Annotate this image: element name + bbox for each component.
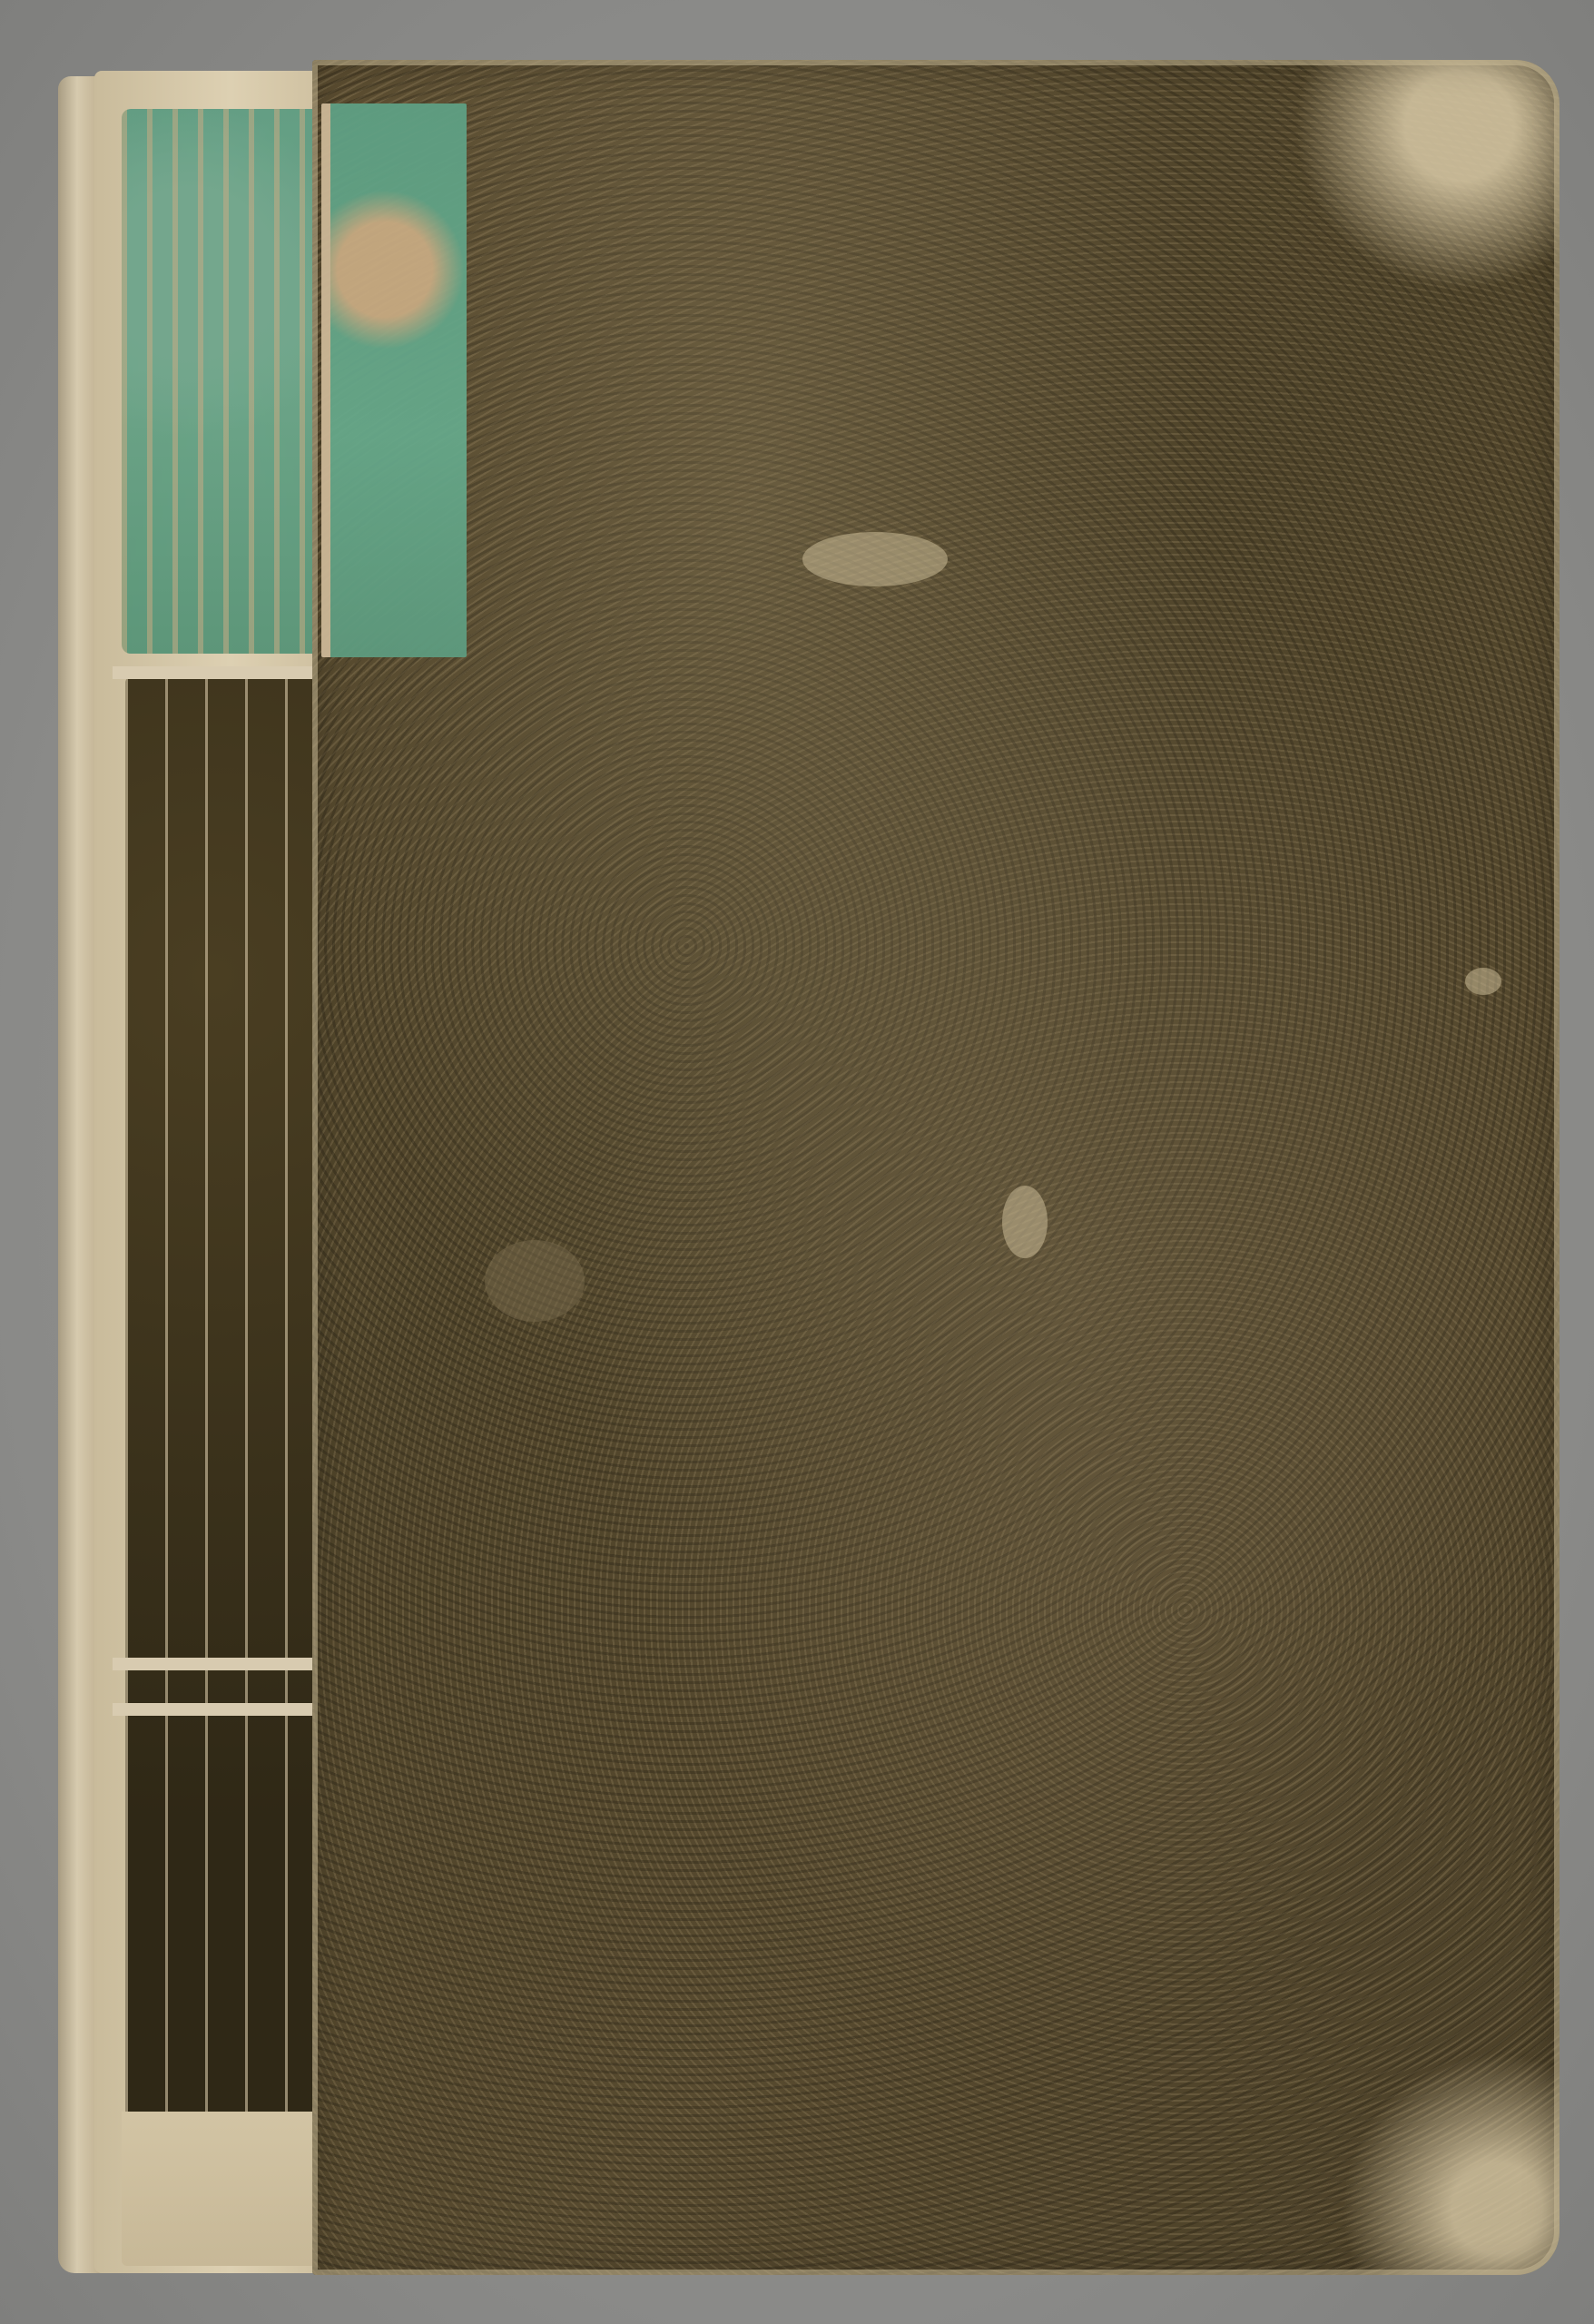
cover-green-strip <box>321 103 467 657</box>
spine-marbled-covering <box>125 677 343 2175</box>
cover-scuff <box>1465 968 1501 995</box>
cover-scuff <box>1002 1186 1048 1258</box>
cover-stain <box>485 1240 585 1322</box>
front-cover-marbled <box>312 60 1560 2275</box>
cover-scuff <box>802 532 948 586</box>
book <box>58 60 1560 2275</box>
